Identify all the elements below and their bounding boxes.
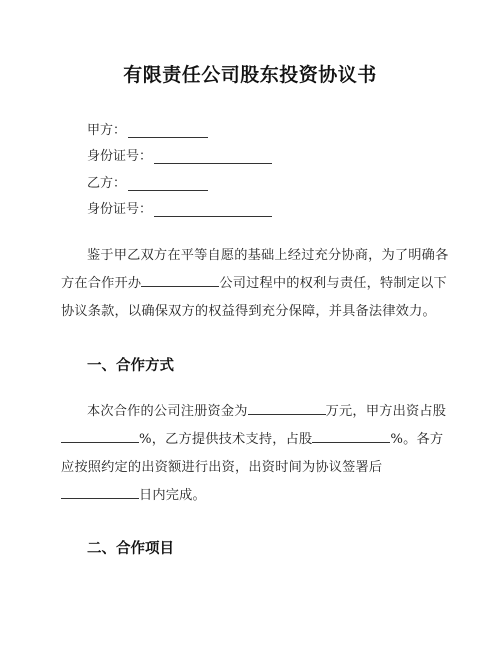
company-name-blank[interactable]	[141, 272, 219, 287]
party-a-field: 甲方：	[87, 120, 208, 138]
registered-capital-blank[interactable]	[248, 400, 326, 415]
section-text: 本次合作的公司注册资金为	[87, 404, 248, 419]
section-text: 日内完成。	[139, 488, 206, 503]
section-text: 万元，甲方出资占股	[326, 404, 447, 419]
section-heading-1: 一、合作方式	[87, 354, 174, 375]
preamble-line-1: 鉴于甲乙双方在平等自愿的基础上经过充分协商，为了明确各	[61, 242, 446, 270]
preamble-line-2: 方在合作开办公司过程中的权利与责任，特制定以下	[61, 270, 446, 298]
party-b-id-label: 身份证号：	[87, 198, 152, 217]
preamble-paragraph: 鉴于甲乙双方在平等自愿的基础上经过充分协商，为了明确各 方在合作开办公司过程中的…	[61, 242, 446, 326]
document-page: 有限责任公司股东投资协议书 甲方： 身份证号： 乙方： 身份证号： 鉴于甲乙双方…	[0, 0, 500, 647]
preamble-text: 公司过程中的权利与责任，特制定以下	[219, 276, 447, 291]
preamble-text: 方在合作开办	[61, 276, 141, 291]
section-1-paragraph: 本次合作的公司注册资金为万元，甲方出资占股 %，乙方提供技术支持，占股%。各方 …	[61, 398, 446, 510]
party-b-label: 乙方：	[87, 172, 126, 191]
party-a-label: 甲方：	[87, 119, 126, 138]
preamble-line-3: 协议条款，以确保双方的权益得到充分保障，并具备法律效力。	[61, 298, 446, 326]
party-b-id-blank[interactable]	[154, 203, 272, 217]
party-a-share-blank[interactable]	[61, 428, 139, 443]
section-heading-2: 二、合作项目	[87, 537, 174, 558]
party-a-id-label: 身份证号：	[87, 145, 152, 164]
document-title: 有限责任公司股东投资协议书	[0, 60, 500, 87]
party-b-share-blank[interactable]	[312, 428, 390, 443]
party-a-blank[interactable]	[128, 124, 208, 138]
section-text: %。各方	[390, 432, 443, 447]
party-a-id-field: 身份证号：	[87, 146, 272, 164]
section-1-line-3: 应按照约定的出资额进行出资，出资时间为协议签署后	[61, 454, 446, 482]
party-a-id-blank[interactable]	[154, 150, 272, 164]
contribution-days-blank[interactable]	[61, 484, 139, 499]
party-b-blank[interactable]	[128, 177, 208, 191]
section-1-line-4: 日内完成。	[61, 482, 446, 510]
party-b-id-field: 身份证号：	[87, 199, 272, 217]
section-text: %，乙方提供技术支持，占股	[139, 432, 312, 447]
section-1-line-1: 本次合作的公司注册资金为万元，甲方出资占股	[61, 398, 446, 426]
section-1-line-2: %，乙方提供技术支持，占股%。各方	[61, 426, 446, 454]
party-b-field: 乙方：	[87, 173, 208, 191]
